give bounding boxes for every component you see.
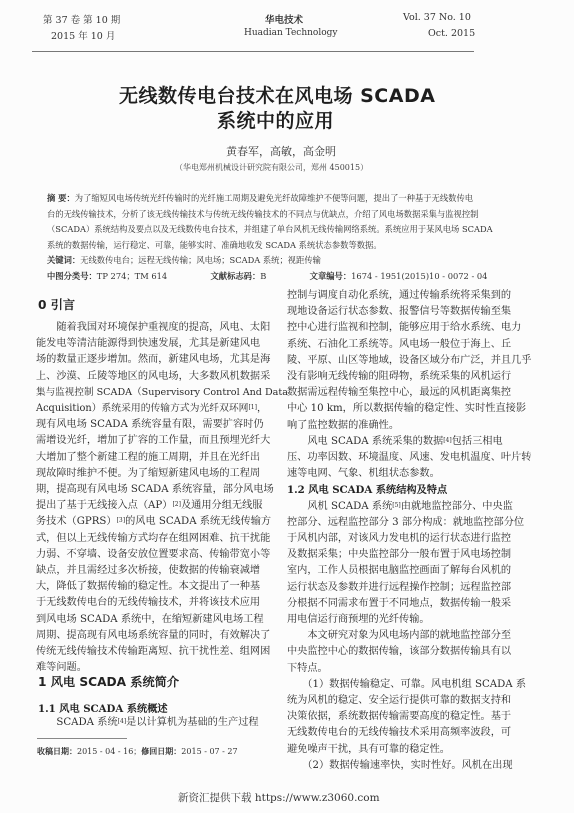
text-line: 于无线数传电台的无线传输技术，并将该技术应用 [36, 595, 281, 611]
text-line: 期，提高现有风电场 SCADA 系统容量，部分风电场 [36, 482, 281, 498]
text-line: 现有风电场 SCADA 系统容量有限，需要扩容时仍 [36, 417, 281, 433]
journal-volume-cn: 第 37 卷 第 10 期 [43, 12, 120, 26]
abstract-block: 摘 要：为了缩短风电场传统光纤传输时的光纤施工周期及避免光纤故障维护不便等问题，… [47, 191, 517, 285]
text-line: 无线数传电台的无线传输技术采用高频率波段，可 [287, 725, 537, 741]
text-line: 力弱、不穿墙、设备安放位置要求高、传输带宽小等 [36, 547, 281, 563]
text-line: 集与监视控制 SCADA（Supervisory Control And Dat… [36, 385, 281, 401]
text-line: 响了监控数据的准确性。 [287, 418, 537, 434]
journal-volume-en: Vol. 37 No. 10 [403, 12, 471, 23]
text-line: 周期、提高现有风电场系统容量的同时，有效解决了 [36, 628, 281, 644]
text-line: 陵、平原、山区等地域，设备区域分布广泛，并且几乎 [287, 353, 537, 369]
text-line: 场的数量正逐步增加。然而，新建风电场，尤其是海 [36, 352, 281, 368]
text-line: 没有影响无线传输的阻碍物，系统采集的风机运行 [287, 369, 537, 385]
revised-value: 2015 - 07 - 27 [181, 747, 237, 756]
keywords-label: 关键词： [47, 255, 80, 265]
text-line: 压、功率因数、环境温度、风速、发电机温度、叶片转 [287, 450, 537, 466]
text-line: 避免噪声干扰，具有可靠的稳定性。 [287, 742, 537, 758]
abstract-line: 台的无线传输技术，分析了该无线传输技术与传统无线传输技术的不同点与优缺点，介绍了… [47, 207, 517, 223]
text-line: 下特点。 [287, 661, 537, 677]
revised-label: 修回日期： [141, 746, 181, 756]
right-column-text: 控制与调度自动化系统，通过传输系统将采集到的 现地设备运行状态参数、报警信号等数… [287, 288, 537, 774]
clc-label: 中图分类号： [47, 271, 97, 281]
text-line: （1）数据传输稳定、可靠。风电机组 SCADA 系 [287, 677, 537, 693]
header-rule [32, 51, 474, 52]
text-line: 室内，工作人员根据电脑监控画面了解每台风机的 [287, 563, 537, 579]
text-line: （2）数据传输速率快，实时性好。风机在出现 [287, 758, 537, 774]
doc-code-value: B [260, 271, 266, 281]
section-1-1-text: SCADA 系统[4]是以计算机为基础的生产过程 [36, 715, 259, 731]
clc-value: TP 274；TM 614 [97, 271, 167, 281]
section-1-2-heading: 1.2 风电 SCADA 系统结构及特点 [287, 482, 537, 498]
abstract-line: 系统的数据传输，运行稳定、可靠，能够实时、准确地收发 SCADA 系统状态参数等… [47, 238, 517, 254]
text-line: 提出了基于无线接入点（AP） [36, 500, 172, 511]
text-line: 由就地监控部分、中央监 [401, 501, 513, 512]
text-line: ， [257, 403, 267, 414]
download-watermark: 新资汇提供下载 https://www.z3060.com [178, 790, 380, 805]
received-label: 收稿日期： [37, 746, 77, 756]
text-line: 控制与调度自动化系统，通过传输系统将采集到的 [287, 288, 537, 304]
text-line: 大，降低了数据传输的稳定性。本文提出了一种基 [36, 579, 281, 595]
section-1-1-heading: 1.1 风电 SCADA 系统概述 [38, 700, 168, 715]
text-line: 中心 10 km，所以数据传输的稳定性、实时性直接影 [287, 401, 537, 417]
doc-code-label: 文献标志码： [210, 271, 260, 281]
text-line: 决策依据，系统数据传输需要高度的稳定性。基于 [287, 709, 537, 725]
text-line: 上、沙漠、丘陵等地区的风电场，大多数风机数据采 [36, 369, 281, 385]
abstract-label: 摘 要： [47, 193, 75, 203]
abstract-line: 为了缩短风电场传统光纤传输时的光纤施工周期及避免光纤故障维护不便等问题，提出了一… [75, 193, 473, 203]
text-line: 是以计算机为基础的生产过程 [126, 717, 258, 728]
citation-5[interactable]: [5] [392, 502, 401, 509]
text-line: 分根据不同需求布置于不同地点，数据传输一般采 [287, 596, 537, 612]
text-line: 的风电 SCADA 系统无线传输方 [125, 516, 271, 527]
citation-2[interactable]: [2] [172, 501, 181, 508]
text-line: 及通用分组无线服 [181, 500, 263, 511]
journal-date-en: Oct. 2015 [428, 28, 475, 39]
citation-3[interactable]: [3] [117, 517, 126, 524]
text-line: SCADA 系统 [36, 717, 118, 728]
article-no-value: 1674 - 1951(2015)10 - 0072 - 04 [351, 271, 487, 281]
text-line: 随着我国对环境保护重视度的提高，风电、太阳 [36, 320, 281, 336]
text-line: 数据需远程传输至集控中心，最远的风机距离集控 [287, 385, 537, 401]
abstract-line: （SCADA）系统结构及要点以及无线数传电台技术，并组建了单台风机无线传输网络系… [47, 222, 517, 238]
text-line: 能发电等清洁能源得到快速发展，尤其是新建风电 [36, 336, 281, 352]
text-line: 于风机内部，对该风力发电机的运行状态进行监控 [287, 531, 537, 547]
text-line: 缺点，并且需经过多次桥接，使数据的传输衰减增 [36, 563, 281, 579]
text-line: 式，但以上无线传输方式均存在组网困难、抗干扰能 [36, 531, 281, 547]
journal-name-en: Huadian Technology [244, 28, 338, 38]
keywords: 无线数传电台；远程无线传输；风电场；SCADA 系统；视距传输 [80, 255, 321, 265]
text-line: 大增加了整个新建工程的施工周期，并且在光纤出 [36, 450, 281, 466]
footnote-rule [37, 738, 127, 739]
text-line: 用电信运行商预埋的光纤传输。 [287, 612, 537, 628]
received-value: 2015 - 04 - 16； [77, 747, 141, 756]
text-line: 现地设备运行状态参数、报警信号等数据传输至集 [287, 304, 537, 320]
text-line: 速等电网、气象、机组状态参数。 [287, 466, 537, 482]
article-title-line1: 无线数传电台技术在风电场 SCADA [119, 81, 435, 108]
section-1-heading: 1 风电 SCADA 系统简介 [38, 673, 179, 690]
text-line: 系统、石油化工系统等。风电场一般位于海上、丘 [287, 337, 537, 353]
journal-name-cn: 华电技术 [265, 12, 303, 26]
text-line: 控部分、远程监控部分 3 部分构成：就地监控部分位 [287, 515, 537, 531]
article-authors: 黄春军，高敏，高金明 [226, 143, 336, 159]
citation-1[interactable]: [1] [248, 404, 257, 411]
citation-4[interactable]: [4] [443, 437, 452, 444]
journal-date-cn: 2015 年 10 月 [51, 28, 115, 42]
article-no-label: 文章编号： [310, 271, 352, 281]
text-line: 到风电场 SCADA 系统中，在缩短新建风电场工程 [36, 612, 281, 628]
text-line: 中央监控中心的数据传输，该部分数据传输具有以 [287, 644, 537, 660]
text-line: 现故障时维护不便。为了缩短新建风电场的工程周 [36, 466, 281, 482]
text-line: Acquisition）系统采用的传输方式为光纤双环网 [36, 403, 248, 414]
text-line: 统为风机的稳定、安全运行提供可靠的数据支持和 [287, 693, 537, 709]
text-line: 包括三相电 [452, 436, 503, 447]
text-line: 本文研究对象为风电场内部的就地监控部分至 [287, 628, 537, 644]
text-line: 风机 SCADA 系统 [287, 501, 392, 512]
text-line: 控中心进行监视和控制，能够应用于给水系统、电力 [287, 320, 537, 336]
text-line: 风电 SCADA 系统采集的数据 [287, 436, 443, 447]
text-line: 务技术（GPRS） [36, 516, 117, 527]
article-title-line2: 系统中的应用 [217, 106, 334, 133]
text-line: 需增设光纤，增加了扩容的工作量，而且预埋光纤大 [36, 433, 281, 449]
intro-paragraph: 随着我国对环境保护重视度的提高，风电、太阳 能发电等清洁能源得到快速发展，尤其是… [36, 320, 281, 676]
received-date: 收稿日期：2015 - 04 - 16；修回日期：2015 - 07 - 27 [37, 746, 238, 757]
section-0-heading: 0 引言 [38, 296, 75, 313]
citation-4[interactable]: [4] [118, 718, 127, 725]
text-line: 传统无线传输技术传输距离短、抗干扰性差、组网困 [36, 644, 281, 660]
article-affiliation: （华电郑州机械设计研究院有限公司，郑州 450015） [175, 162, 368, 173]
text-line: 及数据采集；中央监控部分一般布置于风电场控制 [287, 547, 537, 563]
text-line: 运行状态及参数并进行远程操作控制；远程监控部 [287, 580, 537, 596]
